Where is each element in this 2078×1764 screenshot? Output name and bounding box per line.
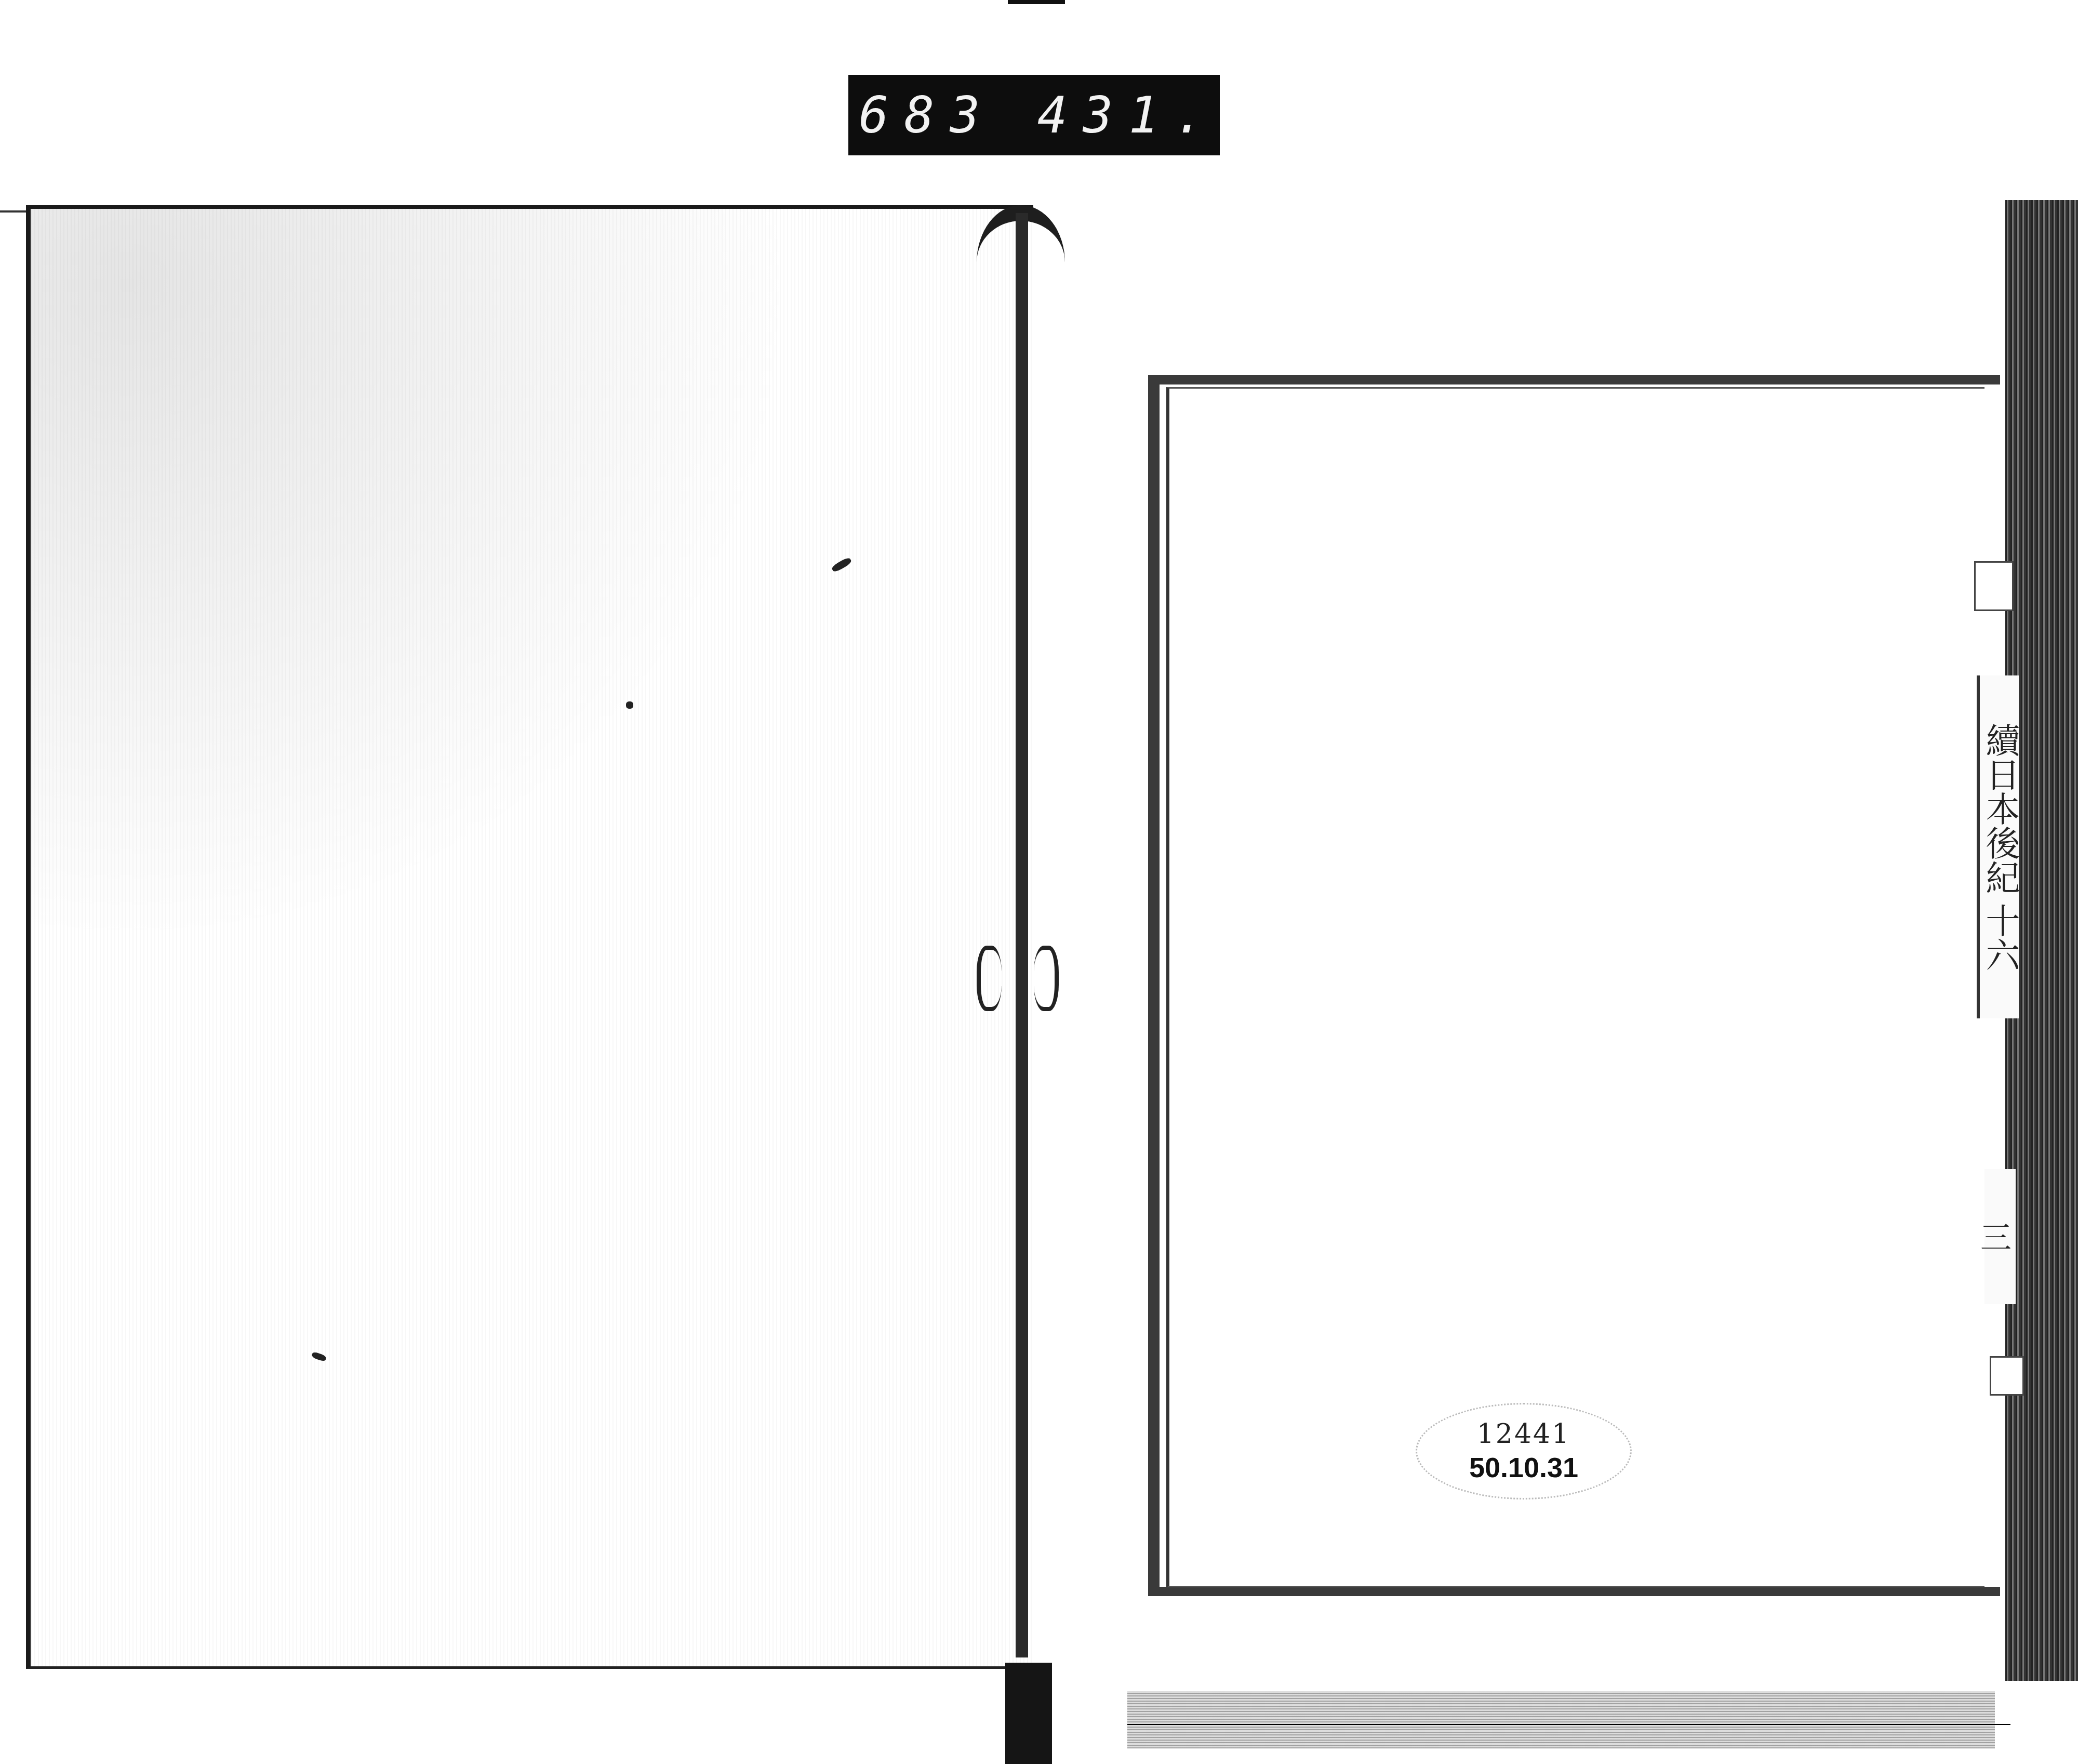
- left-book-cover: [26, 205, 1033, 1669]
- spine-title-label: 續日本後紀 十六: [1977, 675, 2019, 1018]
- binding-spine-foot: [1005, 1663, 1052, 1764]
- stamp-accession-number: 12441: [1477, 1418, 1570, 1450]
- counter-right-value: 431.: [1037, 86, 1220, 144]
- ink-mark: [626, 701, 633, 709]
- scan-bottom-shadow: [1127, 1691, 1995, 1748]
- stamp-date: 50.10.31: [1469, 1452, 1578, 1484]
- spine-volume-label: 三: [1984, 1169, 2016, 1304]
- right-page-inner-border: [1166, 387, 1984, 1587]
- scan-bottom-line: [1127, 1724, 2010, 1725]
- binding-spine-rod: [1016, 213, 1028, 1657]
- spine-tab: [1974, 561, 2014, 611]
- library-accession-stamp: 12441 50.10.31: [1416, 1403, 1632, 1500]
- counter-left-value: 683: [859, 86, 1037, 144]
- left-edge-stub: [0, 210, 29, 213]
- binding-ornament-middle: [977, 946, 1002, 1011]
- frame-counter: 683 431.: [848, 75, 1220, 155]
- top-edge-tab: [1008, 0, 1065, 4]
- binding-ornament-middle: [1034, 946, 1059, 1011]
- spine-tab: [1990, 1356, 2024, 1396]
